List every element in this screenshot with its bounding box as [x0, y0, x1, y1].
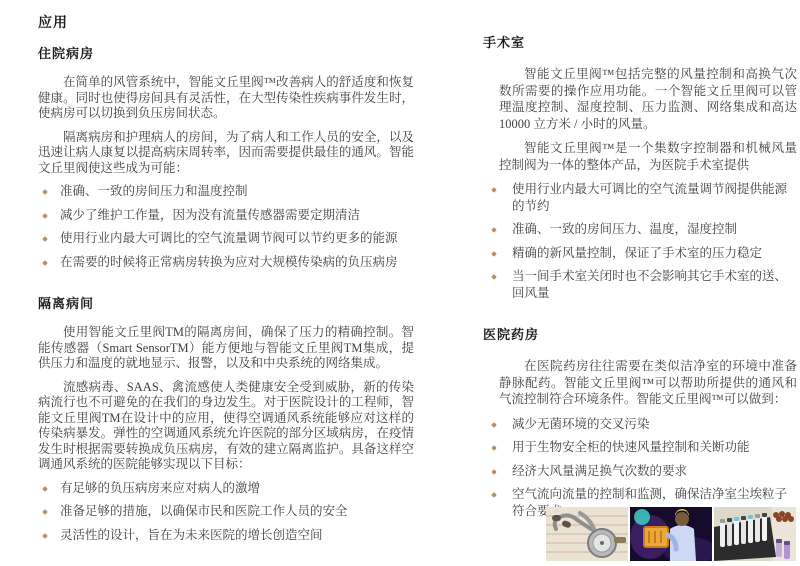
bullet-icon: [491, 445, 497, 451]
bullet-text: 有足够的负压病房来应对病人的激增: [60, 481, 260, 495]
section-heading-isolation-rooms: 隔离病间: [38, 293, 414, 312]
bullet-list: 准确、一致的房间压力和温度控制 减少了维护工作量，因为没有流量传感器需要定期清洁…: [38, 184, 414, 270]
stethoscope-photo: [546, 507, 628, 561]
uv-lab-photo: [630, 507, 712, 561]
bullet-item: 当一间手术室关闭时也不会影响其它手术室的送、回风量: [483, 268, 797, 301]
bullet-icon: [491, 469, 497, 475]
section-heading-hospital-pharmacy: 医院药房: [483, 324, 797, 343]
bullet-icon: [42, 236, 48, 242]
bullet-icon: [491, 422, 497, 428]
test-tubes-photo: [714, 507, 796, 561]
bullet-icon: [42, 533, 48, 539]
bullet-text: 精确的新风量控制，保证了手术室的压力稳定: [512, 246, 762, 260]
bullet-text: 准确、一致的房间压力和温度控制: [60, 184, 248, 198]
bullet-item: 精确的新风量控制，保证了手术室的压力稳定: [483, 245, 797, 262]
bullet-item: 用于生物安全柜的快速风量控制和关断功能: [483, 439, 797, 456]
bullet-item: 准确、一致的房间压力、温度，湿度控制: [483, 221, 797, 238]
bullet-item: 使用行业内最大可调比的空气流量调节阀提供能源的节约: [483, 181, 797, 214]
bullet-text: 经济大风量满足换气次数的要求: [512, 464, 687, 478]
paragraph: 流感病毒、SAAS、禽流感使人类健康安全受到威胁，新的传染病流行也不可避免的在我…: [38, 380, 414, 473]
left-column: 应用 住院病房 在简单的风管系统中，智能文丘里阀™改善病人的舒适度和恢复健康。同…: [38, 12, 414, 551]
bullet-item: 准确、一致的房间压力和温度控制: [38, 184, 414, 200]
bullet-item: 灵活性的设计，旨在为未来医院的增长创造空间: [38, 528, 414, 544]
bullet-icon: [491, 227, 497, 233]
bullet-list: 使用行业内最大可调比的空气流量调节阀提供能源的节约 准确、一致的房间压力、温度，…: [483, 181, 797, 301]
bullet-text: 当一间手术室关闭时也不会影响其它手术室的送、回风量: [512, 269, 787, 300]
section-operating-rooms: 手术室 智能文丘里阀™包括完整的风量控制和高换气次数所需要的操作应用功能。一个智…: [483, 32, 797, 301]
right-column: 手术室 智能文丘里阀™包括完整的风量控制和高换气次数所需要的操作应用功能。一个智…: [483, 32, 797, 526]
section-heading-operating-rooms: 手术室: [483, 32, 797, 51]
bullet-item: 减少无菌环境的交叉污染: [483, 416, 797, 433]
paragraph: 隔离病房和护理病人的房间，为了病人和工作人员的安全，以及迅速让病人康复以提高病床…: [38, 130, 414, 177]
bullet-item: 经济大风量满足换气次数的要求: [483, 463, 797, 480]
bullet-text: 准确、一致的房间压力、温度，湿度控制: [512, 222, 737, 236]
bullet-icon: [491, 492, 497, 498]
paragraph: 使用智能文丘里阀TM的隔离房间，确保了压力的精确控制。智能传感器（Smart S…: [38, 325, 414, 372]
paragraph: 在简单的风管系统中，智能文丘里阀™改善病人的舒适度和恢复健康。同时也使得房间具有…: [38, 75, 414, 122]
bullet-icon: [42, 260, 48, 266]
bullet-text: 减少无菌环境的交叉污染: [512, 417, 650, 431]
bullet-text: 在需要的时候将正常病房转换为应对大规模传染病的负压病房: [60, 255, 398, 269]
paragraph: 在医院药房往往需要在类似洁净室的环境中准备静脉配药。智能文丘里阀™可以帮助所提供…: [483, 358, 797, 408]
section-inpatient-wards: 住院病房 在简单的风管系统中，智能文丘里阀™改善病人的舒适度和恢复健康。同时也使…: [38, 43, 414, 270]
bullet-item: 使用行业内最大可调比的空气流量调节阀可以节约更多的能源: [38, 231, 414, 247]
bullet-item: 有足够的负压病房来应对病人的激增: [38, 481, 414, 497]
bullet-item: 在需要的时候将正常病房转换为应对大规模传染病的负压病房: [38, 255, 414, 271]
bullet-icon: [42, 213, 48, 219]
bullet-icon: [491, 251, 497, 257]
bullet-icon: [42, 486, 48, 492]
bullet-icon: [491, 187, 497, 193]
bullet-text: 减少了维护工作量，因为没有流量传感器需要定期清洁: [60, 208, 360, 222]
bullet-icon: [42, 189, 48, 195]
bullet-list: 有足够的负压病房来应对病人的激增 准备足够的措施，以确保市民和医院工作人员的安全…: [38, 481, 414, 544]
bullet-text: 准备足够的措施，以确保市民和医院工作人员的安全: [60, 504, 348, 518]
photo-strip: [546, 507, 796, 561]
bullet-item: 减少了维护工作量，因为没有流量传感器需要定期清洁: [38, 208, 414, 224]
bullet-icon: [42, 509, 48, 515]
section-heading-inpatient-wards: 住院病房: [38, 43, 414, 62]
bullet-text: 使用行业内最大可调比的空气流量调节阀提供能源的节约: [512, 182, 787, 213]
document-page: 应用 住院病房 在简单的风管系统中，智能文丘里阀™改善病人的舒适度和恢复健康。同…: [0, 0, 800, 566]
section-isolation-rooms: 隔离病间 使用智能文丘里阀TM的隔离房间，确保了压力的精确控制。智能传感器（Sm…: [38, 293, 414, 543]
bullet-item: 准备足够的措施，以确保市民和医院工作人员的安全: [38, 504, 414, 520]
bullet-text: 使用行业内最大可调比的空气流量调节阀可以节约更多的能源: [60, 231, 398, 245]
section-hospital-pharmacy: 医院药房 在医院药房往往需要在类似洁净室的环境中准备静脉配药。智能文丘里阀™可以…: [483, 324, 797, 519]
bullet-list: 减少无菌环境的交叉污染 用于生物安全柜的快速风量控制和关断功能 经济大风量满足换…: [483, 416, 797, 520]
bullet-icon: [491, 274, 497, 280]
bullet-text: 用于生物安全柜的快速风量控制和关断功能: [512, 440, 750, 454]
page-title: 应用: [38, 12, 414, 32]
paragraph: 智能文丘里阀™是一个集数字控制器和机械风量控制阀为一体的整体产品，为医院手术室提…: [483, 140, 797, 173]
paragraph: 智能文丘里阀™包括完整的风量控制和高换气次数所需要的操作应用功能。一个智能文丘里…: [483, 66, 797, 132]
bullet-text: 灵活性的设计，旨在为未来医院的增长创造空间: [60, 528, 323, 542]
